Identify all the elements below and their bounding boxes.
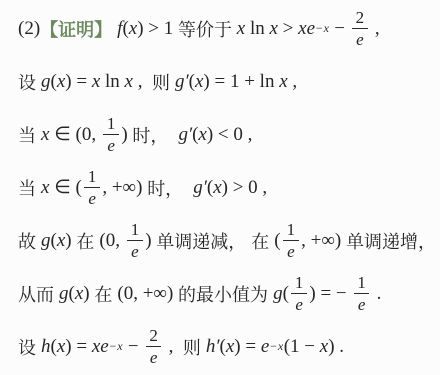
fraction-denominator: e: [146, 346, 162, 367]
text-run: −x: [269, 339, 283, 354]
fraction: 1e: [291, 274, 308, 314]
text-run: 在: [94, 281, 117, 307]
text-run: (2): [18, 18, 40, 40]
proof-document: (2)【证明】 f(x) > 1 等价于 x ln x > xe−x − 2e …: [0, 0, 440, 375]
text-run: −: [123, 336, 143, 358]
proof-line-1: (2)【证明】 f(x) > 1 等价于 x ln x > xe−x − 2e …: [18, 4, 432, 53]
fraction-denominator: e: [103, 134, 119, 155]
proof-line-7: 设 h(x) = xe−x − 2e , 则 h′(x) = e−x(1 − x…: [18, 322, 432, 371]
text-run: ,: [164, 336, 183, 358]
fraction-numerator: 1: [353, 274, 370, 293]
text-run: x: [92, 71, 100, 93]
text-run: ) > 0 ,: [222, 177, 268, 199]
text-run: 则: [152, 69, 175, 95]
text-run: 设: [18, 69, 41, 95]
fraction-denominator: e: [127, 240, 143, 261]
text-run: x: [57, 230, 65, 252]
fraction-numerator: 1: [291, 274, 308, 293]
text-run: h′: [206, 336, 220, 358]
fraction-numerator: 2: [352, 9, 369, 28]
fraction: 1e: [127, 221, 144, 261]
text-run: ): [145, 230, 156, 252]
text-run: ) =: [65, 336, 92, 358]
text-run: ∈ (: [49, 176, 81, 199]
text-run: xe: [298, 18, 315, 40]
text-run: x: [269, 18, 277, 40]
text-run: x: [125, 71, 133, 93]
text-run: (0, +∞): [117, 283, 178, 305]
fraction: 1e: [283, 221, 300, 261]
fraction-denominator: e: [84, 187, 100, 208]
fraction: 1e: [103, 115, 120, 155]
text-run: g′: [193, 177, 207, 199]
text-run: −x: [109, 339, 123, 354]
text-run: 单调递减， 在: [156, 228, 274, 254]
text-run: ): [121, 124, 132, 146]
fraction: 1e: [353, 274, 370, 314]
text-run: ) = 1 + ln: [203, 71, 279, 93]
fraction-denominator: e: [283, 240, 299, 261]
text-run: h: [41, 336, 51, 358]
fraction: 2e: [145, 327, 162, 367]
text-run: 设: [18, 334, 41, 360]
text-run: e: [261, 336, 269, 358]
proof-label: 【证明】: [40, 16, 117, 42]
text-run: x: [57, 71, 65, 93]
text-run: x: [320, 336, 328, 358]
text-run: >: [278, 18, 298, 40]
text-run: 当: [18, 175, 41, 201]
text-run: (1 −: [284, 336, 320, 358]
fraction-numerator: 1: [283, 221, 300, 240]
text-run: x: [195, 71, 203, 93]
fraction-denominator: e: [291, 293, 307, 314]
text-run: 等价于: [178, 16, 232, 42]
text-run: ) > 1: [137, 18, 178, 40]
proof-line-6: 从而 g(x) 在 (0, +∞) 的最小值为 g(1e) = − 1e .: [18, 269, 432, 318]
text-run: ) < 0 ,: [207, 124, 253, 146]
text-run: −: [329, 18, 349, 40]
text-run: x: [41, 124, 49, 146]
text-run: ): [83, 283, 94, 305]
text-run: ln: [245, 18, 269, 40]
text-run: (0,: [99, 230, 124, 252]
text-run: ∈ (0,: [49, 123, 100, 146]
text-run: g: [41, 71, 51, 93]
text-run: (: [274, 230, 280, 252]
proof-line-3: 当 x ∈ (0, 1e) 时， g′(x) < 0 ,: [18, 110, 432, 159]
proof-line-4: 当 x ∈ (1e, +∞) 时， g′(x) > 0 ,: [18, 163, 432, 212]
text-run: x: [198, 124, 206, 146]
text-run: .: [372, 283, 382, 305]
proof-line-2: 设 g(x) = x ln x , 则 g′(x) = 1 + ln x ,: [18, 57, 432, 106]
fraction-denominator: e: [352, 28, 368, 49]
text-run: 当: [18, 122, 41, 148]
text-run: ,: [133, 71, 152, 93]
text-run: 的最小值为: [178, 281, 273, 307]
text-run: g′: [178, 124, 192, 146]
text-run: xe: [92, 336, 109, 358]
text-run: , +∞): [301, 230, 346, 252]
text-run: x: [41, 177, 49, 199]
fraction: 2e: [352, 9, 369, 49]
text-run: 时，: [147, 175, 193, 201]
text-run: g′: [175, 71, 189, 93]
text-run: 从而: [18, 281, 59, 307]
text-run: ) =: [65, 71, 92, 93]
text-run: 单调递增，: [346, 228, 436, 254]
text-run: ) =: [234, 336, 261, 358]
fraction-denominator: e: [354, 293, 370, 314]
text-run: x: [279, 71, 287, 93]
text-run: 在: [76, 228, 99, 254]
text-run: 则: [183, 334, 206, 360]
text-run: x: [57, 336, 65, 358]
text-run: ,: [370, 18, 380, 40]
text-run: ): [65, 230, 76, 252]
text-run: g: [273, 283, 283, 305]
text-run: ,: [288, 71, 298, 93]
text-run: g: [41, 230, 51, 252]
text-run: 故: [18, 228, 41, 254]
text-run: 时，: [132, 122, 178, 148]
fraction-numerator: 1: [84, 168, 101, 187]
text-run: x: [129, 18, 137, 40]
text-run: −x: [315, 21, 329, 36]
text-run: , +∞): [102, 177, 147, 199]
text-run: x: [75, 283, 83, 305]
text-run: (: [283, 283, 289, 305]
text-run: x: [232, 18, 245, 40]
fraction-numerator: 2: [145, 327, 162, 346]
fraction-numerator: 1: [127, 221, 144, 240]
proof-line-5: 故 g(x) 在 (0, 1e) 单调递减， 在 (1e, +∞) 单调递增，: [18, 216, 432, 265]
fraction-numerator: 1: [103, 115, 120, 134]
text-run: ln: [100, 71, 124, 93]
text-run: ) .: [328, 336, 344, 358]
text-run: x: [213, 177, 221, 199]
text-run: x: [226, 336, 234, 358]
text-run: ) = −: [309, 283, 351, 305]
text-run: g: [59, 283, 69, 305]
fraction: 1e: [84, 168, 101, 208]
